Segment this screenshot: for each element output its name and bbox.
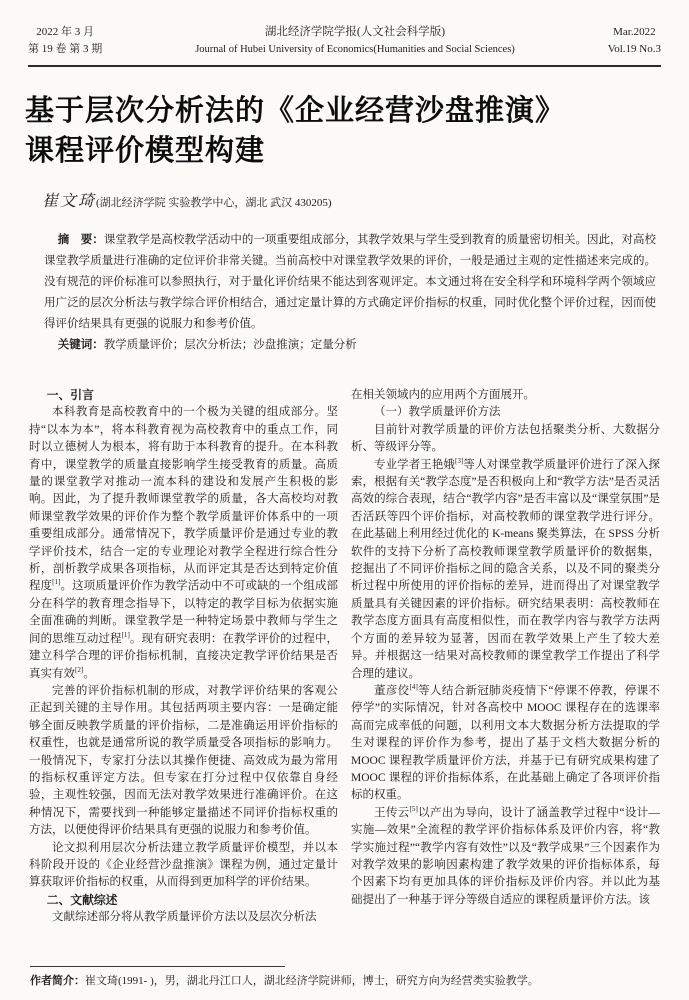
header-issue-date: 2022 年 3 月 第 19 卷 第 3 期 — [28, 24, 102, 58]
body-paragraph-continuation: 在相关领域内的应用两个方面展开。 — [351, 387, 660, 404]
abstract-label: 摘 要： — [58, 234, 104, 246]
journal-name: 湖北经济学院学报(人文社会科学版) Journal of Hubei Unive… — [102, 24, 607, 58]
journal-page: 2022 年 3 月 第 19 卷 第 3 期 湖北经济学院学报(人文社会科学版… — [0, 0, 689, 1000]
body-paragraph: 本科教育是高校教育中的一个极为关键的组成部分。坚持“以本为本”，将本科教育视为高… — [29, 404, 338, 683]
abstract-text: 课堂教学是高校教学活动中的一项重要组成部分，其教学效果与学生受到教育的质量密切相… — [44, 234, 656, 330]
author-line: 崔文琦(湖北经济学院 实验教学中心，湖北 武汉 430205) — [42, 188, 689, 211]
left-column: 一、引言 本科教育是高校教育中的一个极为关键的组成部分。坚持“以本为本”，将本科… — [29, 387, 338, 953]
article-title: 基于层次分析法的《企业经营沙盘推演》 课程评价模型构建 — [25, 91, 659, 171]
journal-name-cn: 湖北经济学院学报(人文社会科学版) — [110, 24, 599, 41]
keywords-line: 关键词：教学质量评价；层次分析法；沙盘推演；定量分析 — [44, 335, 656, 356]
keywords-text: 教学质量评价；层次分析法；沙盘推演；定量分析 — [104, 339, 357, 351]
body-paragraph: 目前针对教学质量的评价方法包括聚类分析、大数据分析、等级评分等。 — [351, 422, 660, 457]
issue-volume-en: Vol.19 No.3 — [608, 41, 661, 58]
journal-name-en: Journal of Hubei University of Economics… — [110, 41, 599, 58]
abstract-paragraph: 摘 要：课堂教学是高校教学活动中的一项重要组成部分，其教学效果与学生受到教育的质… — [44, 230, 656, 335]
issue-date-en: Mar.2022 — [608, 24, 661, 41]
body-paragraph: 完善的评价指标机制的形成，对教学评价结果的客观公正起到关键的主导作用。其包括两项… — [29, 683, 338, 840]
body-paragraph: 王传云[5]以产出为导向，设计了涵盖教学过程中“设计—实施—效果”全流程的教学评… — [351, 805, 660, 909]
article-title-line2: 课程评价模型构建 — [25, 135, 265, 167]
author-name: 崔文琦 — [42, 193, 96, 210]
body-paragraph: 论文拟利用层次分析法建立教学质量评价模型，并以本科阶段开设的《企业经营沙盘推演》… — [29, 840, 338, 892]
section-heading-introduction: 一、引言 — [29, 387, 338, 404]
journal-header: 2022 年 3 月 第 19 卷 第 3 期 湖北经济学院学报(人文社会科学版… — [0, 0, 689, 63]
issue-volume-cn: 第 19 卷 第 3 期 — [28, 41, 102, 58]
section-heading-literature-review: 二、文献综述 — [29, 892, 338, 909]
body-paragraph: 专业学者王艳娥[3]等人对课堂教学质量评价进行了深入探索，根据有关“教学态度”是… — [351, 457, 660, 683]
abstract-block: 摘 要：课堂教学是高校教学活动中的一项重要组成部分，其教学效果与学生受到教育的质… — [44, 230, 656, 356]
body-paragraph: 董彦佼[4]等人结合新冠肺炎疫情下“停课不停教，停课不停学”的实际情况，针对各高… — [351, 683, 660, 805]
keywords-label: 关键词： — [58, 339, 104, 351]
author-bio-line: 作者简介：崔文琦(1991- )，男，湖北丹江口人，湖北经济学院讲师，博士，研究… — [30, 973, 661, 990]
article-title-line1: 基于层次分析法的《企业经营沙盘推演》 — [25, 95, 565, 127]
author-bio-text: 崔文琦(1991- )，男，湖北丹江口人，湖北经济学院讲师，博士，研究方向为经营… — [85, 975, 539, 987]
article-body: 一、引言 本科教育是高校教育中的一个极为关键的组成部分。坚持“以本为本”，将本科… — [29, 387, 660, 953]
author-affiliation: (湖北经济学院 实验教学中心，湖北 武汉 430205) — [96, 197, 332, 209]
issue-date-cn: 2022 年 3 月 — [28, 24, 102, 41]
footnote-divider — [30, 966, 285, 967]
body-paragraph: 文献综述部分将从教学质量评价方法以及层次分析法 — [29, 909, 338, 926]
footnote-area: 作者简介：崔文琦(1991- )，男，湖北丹江口人，湖北经济学院讲师，博士，研究… — [30, 966, 661, 990]
right-column: 在相关领域内的应用两个方面展开。 （一）教学质量评价方法 目前针对教学质量的评价… — [351, 387, 660, 953]
author-bio-label: 作者简介： — [30, 975, 85, 987]
header-issue-info-en: Mar.2022 Vol.19 No.3 — [608, 24, 661, 58]
header-divider — [28, 65, 661, 67]
subsection-heading-evaluation-methods: （一）教学质量评价方法 — [351, 404, 660, 421]
